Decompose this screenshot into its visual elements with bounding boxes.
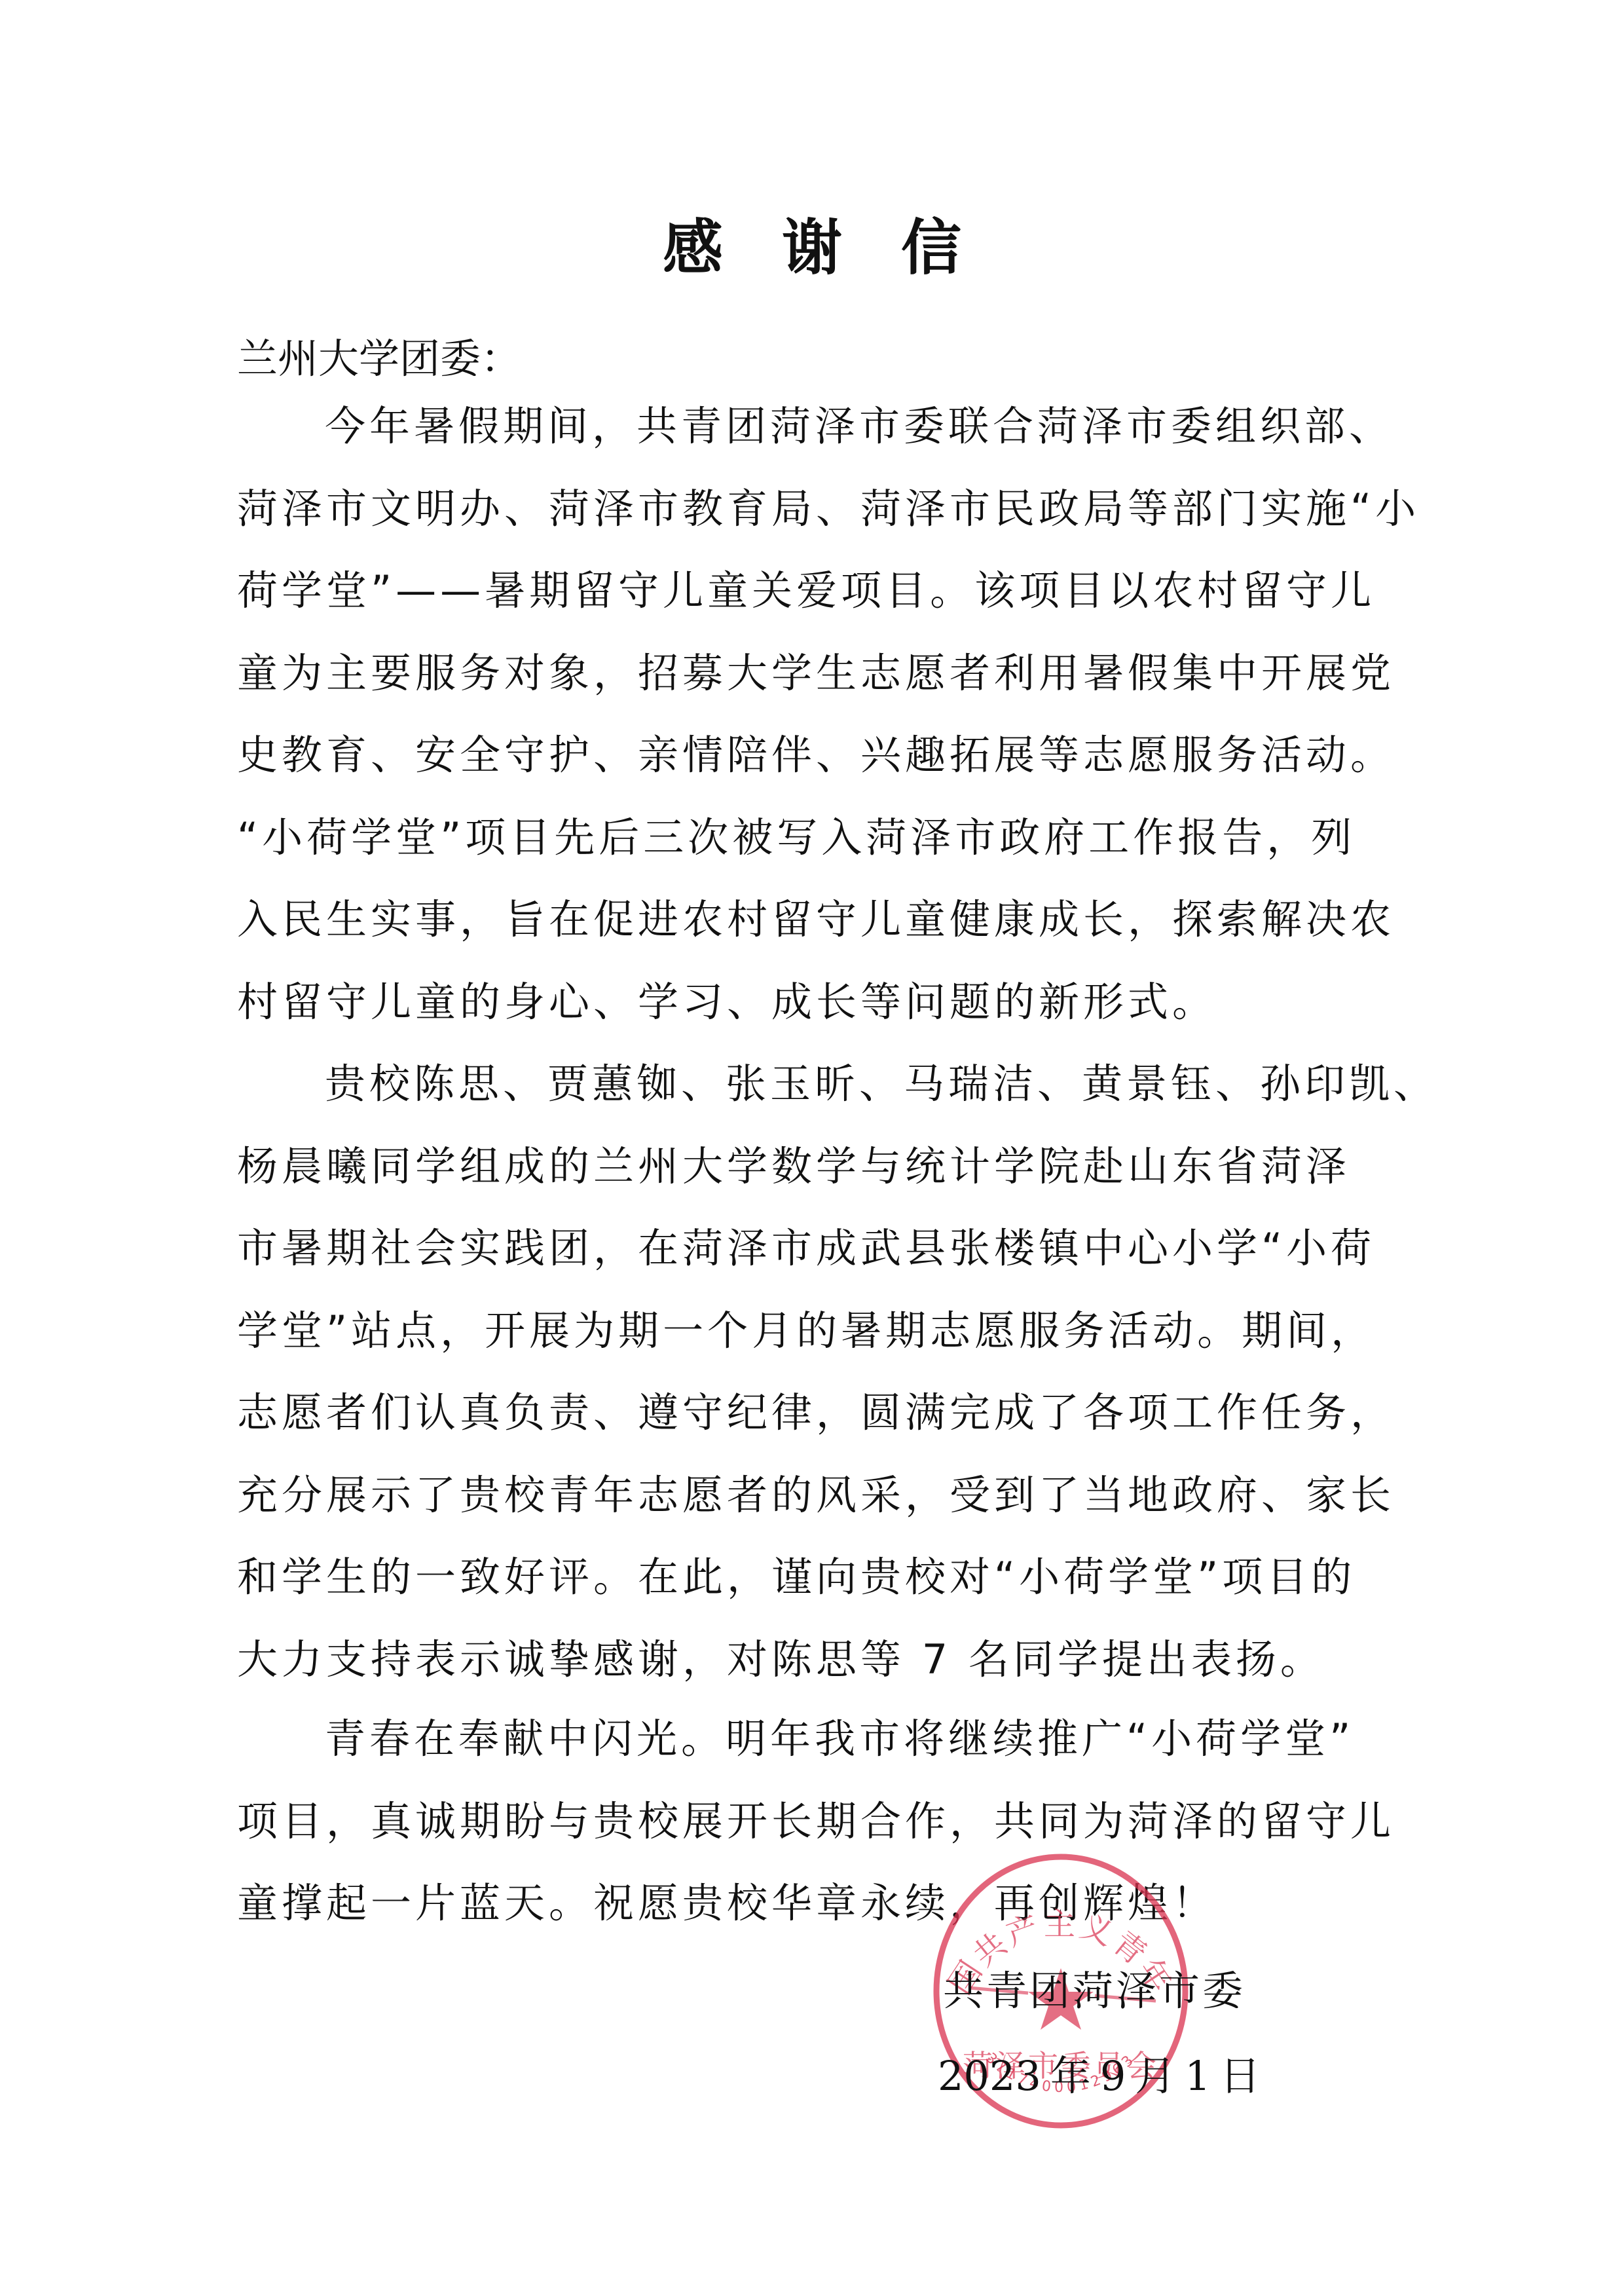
paragraph-line: 史教育、安全守护、亲情陪伴、兴趣拓展等志愿服务活动。 — [237, 714, 1390, 796]
date-month-unit: 月 — [1135, 2052, 1175, 2100]
paragraph-line: 杨晨曦同学组成的兰州大学数学与统计学院赴山东省菏泽 — [237, 1125, 1390, 1208]
paragraph-line: 学堂”站点，开展为期一个月的暑期志愿服务活动。期间， — [237, 1290, 1390, 1372]
paragraph-line: 项目，真诚期盼与贵校展开长期合作，共同为菏泽的留守儿 — [237, 1780, 1390, 1863]
paragraph-1: 今年暑假期间，共青团菏泽市委联合菏泽市委组织部、 菏泽市文明办、菏泽市教育局、菏… — [237, 385, 1390, 1043]
paragraph-line: 充分展示了贵校青年志愿者的风采，受到了当地政府、家长 — [237, 1454, 1390, 1537]
paragraph-line: 菏泽市文明办、菏泽市教育局、菏泽市民政局等部门实施“小 — [237, 468, 1390, 550]
paragraph-line: 大力支持表示诚挚感谢，对陈思等 7 名同学提出表扬。 — [237, 1618, 1390, 1701]
paragraph-line: “小荷学堂”项目先后三次被写入菏泽市政府工作报告，列 — [237, 796, 1390, 879]
date-day-unit: 日 — [1220, 2052, 1261, 2100]
paragraph-line: 市暑期社会实践团，在菏泽市成武县张楼镇中心小学“小荷 — [237, 1207, 1390, 1290]
date-year: 2023 — [938, 2052, 1041, 2100]
paragraph-3: 青春在奉献中闪光。明年我市将继续推广“小荷学堂” 项目，真诚期盼与贵校展开长期合… — [237, 1698, 1390, 1945]
signature-organization: 共青团菏泽市委 — [943, 1965, 1246, 2017]
paragraph-line: 村留守儿童的身心、学习、成长等问题的新形式。 — [237, 961, 1390, 1043]
letter-page: 感谢信 兰州大学团委： 今年暑假期间，共青团菏泽市委联合菏泽市委组织部、 菏泽市… — [0, 0, 1624, 2295]
date-month: 9 — [1100, 2052, 1126, 2100]
page-title: 感谢信 — [0, 208, 1624, 287]
paragraph-line: 童为主要服务对象，招募大学生志愿者利用暑假集中开展党 — [237, 632, 1390, 715]
paragraph-line: 青春在奉献中闪光。明年我市将继续推广“小荷学堂” — [237, 1698, 1390, 1780]
paragraph-2: 贵校陈思、贾蕙铷、张玉昕、马瑞洁、黄景钰、孙印凯、 杨晨曦同学组成的兰州大学数学… — [237, 1043, 1390, 1700]
date-year-unit: 年 — [1050, 2052, 1091, 2100]
letter-date: 2023年9月1日 — [938, 2050, 1270, 2102]
salutation: 兰州大学团委： — [237, 333, 521, 385]
paragraph-line: 贵校陈思、贾蕙铷、张玉昕、马瑞洁、黄景钰、孙印凯、 — [237, 1043, 1390, 1125]
paragraph-line: 童撑起一片蓝天。祝愿贵校华章永续，再创辉煌！ — [237, 1862, 1390, 1945]
paragraph-line: 入民生实事，旨在促进农村留守儿童健康成长，探索解决农 — [237, 878, 1390, 961]
paragraph-line: 和学生的一致好评。在此，谨向贵校对“小荷学堂”项目的 — [237, 1536, 1390, 1618]
paragraph-line: 荷学堂”——暑期留守儿童关爱项目。该项目以农村留守儿 — [237, 550, 1390, 632]
paragraph-line: 志愿者们认真负责、遵守纪律，圆满完成了各项工作任务， — [237, 1371, 1390, 1454]
date-day: 1 — [1185, 2052, 1210, 2100]
paragraph-line: 今年暑假期间，共青团菏泽市委联合菏泽市委组织部、 — [237, 385, 1390, 468]
